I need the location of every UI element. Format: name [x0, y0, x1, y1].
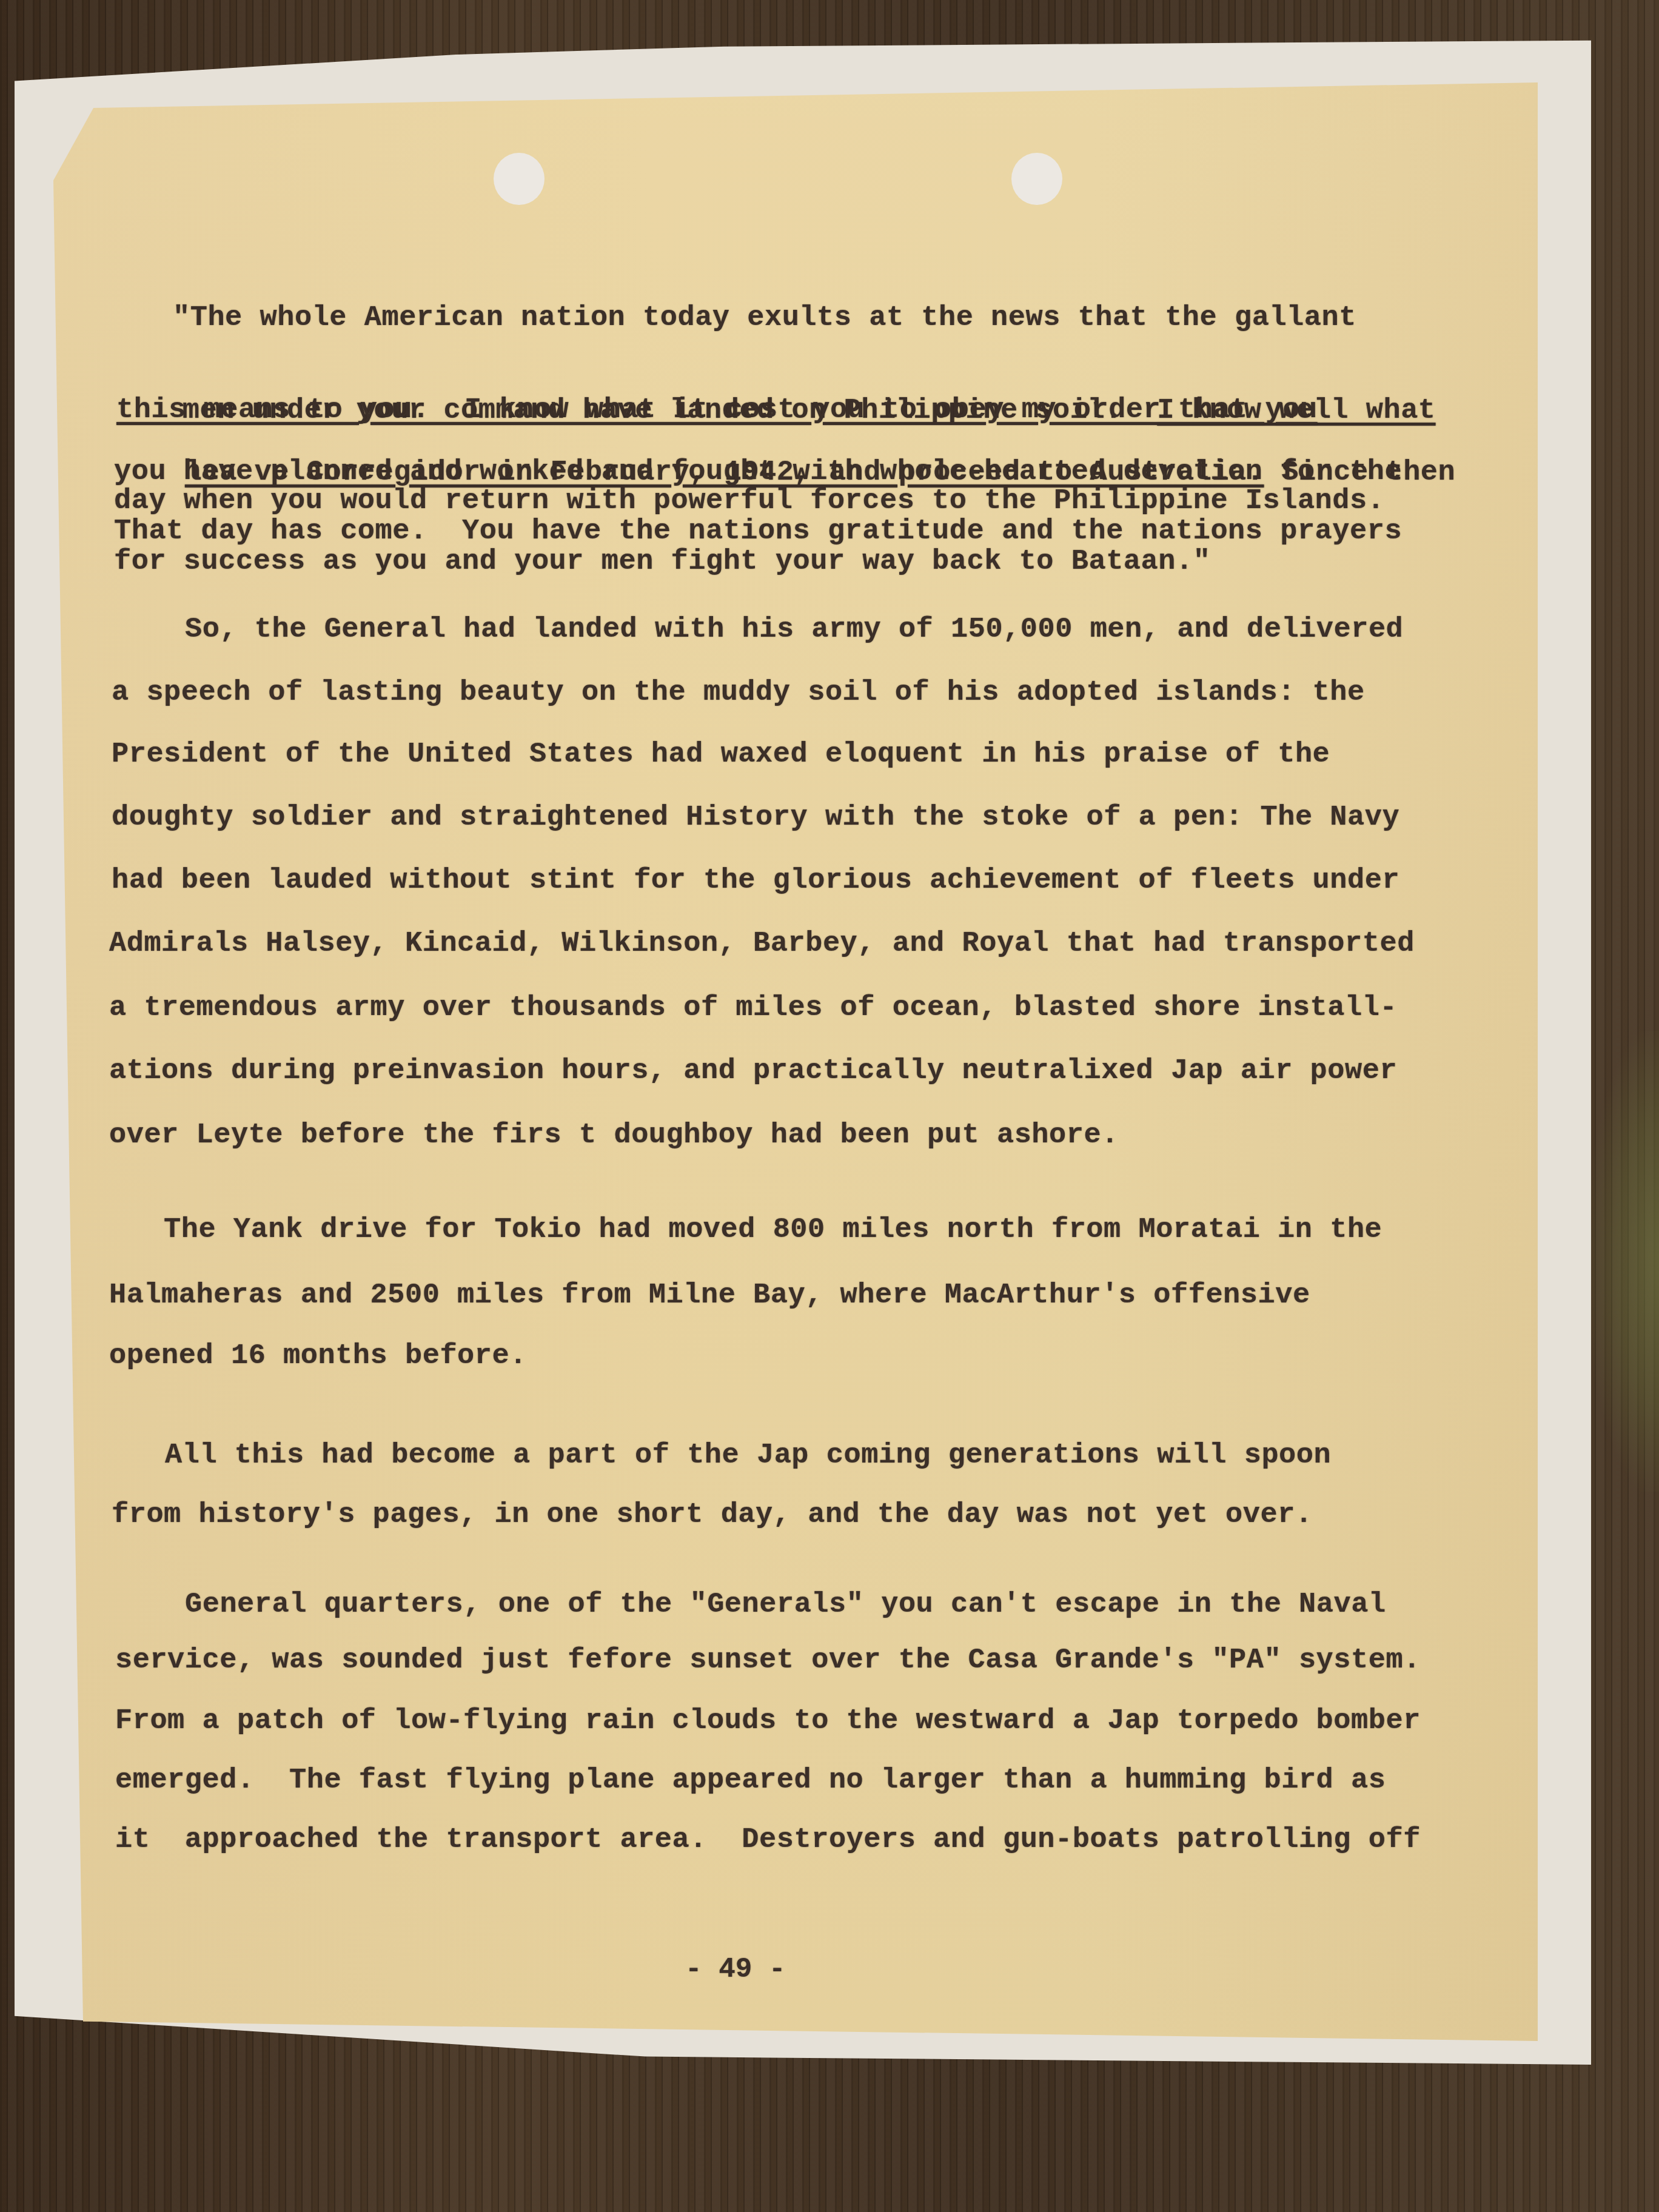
paragraph-line: over Leyte before the firs t doughboy ha…: [109, 1119, 1119, 1151]
page-number: - 49 -: [685, 1954, 786, 1985]
paragraph-line: All this had become a part of the Jap co…: [165, 1439, 1331, 1472]
paragraph-line: The Yank drive for Tokio had moved 800 m…: [164, 1214, 1382, 1246]
table-stain: [1589, 1031, 1659, 1492]
paragraph-line: ations during preinvasion hours, and pra…: [109, 1055, 1397, 1087]
quote-line: day when you would return with powerful …: [114, 485, 1384, 517]
paragraph-line: a speech of lasting beauty on the muddy …: [112, 677, 1365, 709]
paragraph-line: it approached the transport area. Destro…: [115, 1824, 1421, 1856]
quote-line: for success as you and your men fight yo…: [114, 546, 1210, 578]
paragraph-line: So, the General had landed with his army…: [185, 614, 1403, 646]
paragraph-line: from history's pages, in one short day, …: [112, 1499, 1313, 1531]
paragraph-line: President of the United States had waxed…: [112, 739, 1330, 771]
paragraph-line: From a patch of low-flying rain clouds t…: [115, 1705, 1421, 1737]
paragraph-line: General quarters, one of the "Generals" …: [185, 1589, 1386, 1621]
paragraph-line: doughty soldier and straightened History…: [112, 802, 1399, 834]
quote-line: you have planned and worked and fought w…: [114, 456, 1402, 488]
quote-line-underlined: this means to you. I know what it cost y…: [116, 394, 1318, 426]
paragraph-line: a tremendous army over thousands of mile…: [109, 992, 1397, 1024]
paragraph-line: had been lauded without stint for the gl…: [112, 865, 1399, 897]
paragraph-line: Halmaheras and 2500 miles from Milne Bay…: [109, 1279, 1310, 1312]
paragraph-line: emerged. The fast flying plane appeared …: [115, 1765, 1386, 1797]
paragraph-line: service, was sounded just fefore sunset …: [115, 1644, 1421, 1677]
quote-line: "The whole American nation today exults …: [173, 302, 1356, 334]
paragraph-line: opened 16 months before.: [109, 1340, 527, 1372]
quote-line: That day has come. You have the nations …: [114, 515, 1402, 548]
punch-hole-left: [494, 153, 545, 205]
paragraph-line: Admirals Halsey, Kincaid, Wilkinson, Bar…: [109, 928, 1415, 960]
punch-hole-right: [1011, 153, 1062, 205]
